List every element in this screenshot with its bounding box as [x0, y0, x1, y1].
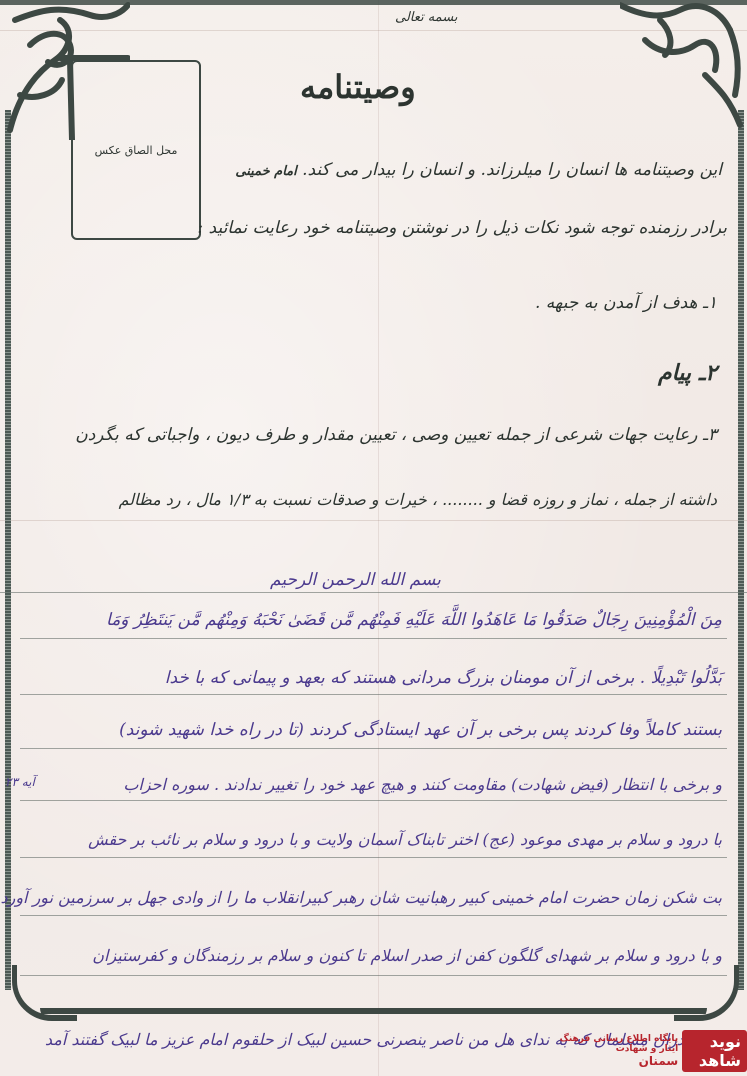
watermark-line-1: پایگاه اطلاع رسانی فرهنگ ایثار و شهادت — [555, 1034, 678, 1054]
handwritten-bismillah: بسم الله الرحمن الرحیم — [270, 570, 441, 590]
quote: این وصیتنامه ها انسان را میلرزاند. و انس… — [229, 160, 722, 180]
instruction-item-1: ۱ـ هدف از آمدن به جبهه . — [535, 293, 717, 313]
watermark-text: پایگاه اطلاع رسانی فرهنگ ایثار و شهادت س… — [555, 1034, 678, 1068]
document-title: وصیتنامه — [300, 68, 416, 106]
watermark-logo: نوید شاهد پایگاه اطلاع رسانی فرهنگ ایثار… — [555, 1028, 747, 1074]
ruled-line — [20, 638, 727, 639]
frame-bottom — [40, 1008, 707, 1022]
ruled-line — [20, 694, 727, 695]
fold-line — [0, 520, 747, 521]
handwritten-line: بَدَّلُوا تَبْدِیلًا . برخی از آن مومنان… — [165, 668, 722, 688]
quote-text: این وصیتنامه ها انسان را میلرزاند. و انس… — [302, 160, 722, 180]
instruction-item-3: ۳ـ رعایت جهات شرعی از جمله تعیین وصی ، ت… — [75, 425, 717, 445]
handwritten-line: مِنَ الْمُؤْمِنِینَ رِجَالٌ صَدَقُوا مَا… — [106, 610, 722, 630]
handwritten-line: بستند کاملاً وفا کردند پس برخی بر آن عهد… — [119, 720, 722, 740]
photo-box-label: محل الصاق عکس — [95, 144, 178, 157]
frame-left — [5, 110, 11, 990]
handwritten-line: و با درود و سلام بر شهدای گلگون کفن از ص… — [92, 946, 722, 965]
verse-reference: آیه ۲۳ — [5, 775, 35, 789]
ruled-line — [20, 915, 727, 916]
watermark-line-2: سمنان — [555, 1054, 678, 1068]
invocation-header: بسمه تعالی — [395, 10, 457, 25]
handwritten-line: و برخی با انتظار (فیض شهادت) مقاومت کنند… — [123, 775, 722, 794]
corner-ornament-top-right-icon — [620, 0, 747, 130]
instruction-text: برادر رزمنده توجه شود نکات ذیل را در نوش… — [197, 218, 727, 238]
ruled-line — [0, 592, 747, 593]
watermark-mark: نوید شاهد — [682, 1030, 747, 1072]
ruled-line — [20, 975, 727, 976]
instruction-item-2: ۲ـ پیام — [658, 360, 717, 386]
handwritten-line: بت شکن زمان حضرت امام خمینی کبیر رهبانیت… — [0, 888, 722, 907]
photo-box: محل الصاق عکس — [71, 60, 201, 240]
frame-right — [738, 110, 744, 990]
ruled-line — [20, 748, 727, 749]
ruled-line — [20, 857, 727, 858]
instruction-item-3-continued: داشته از جمله ، نماز و روزه قضا و ......… — [119, 490, 717, 509]
ruled-line — [20, 800, 727, 801]
handwritten-line: با درود و سلام بر مهدی موعود (عج) اختر ت… — [88, 830, 722, 849]
quote-author: امام خمینی — [235, 164, 296, 179]
